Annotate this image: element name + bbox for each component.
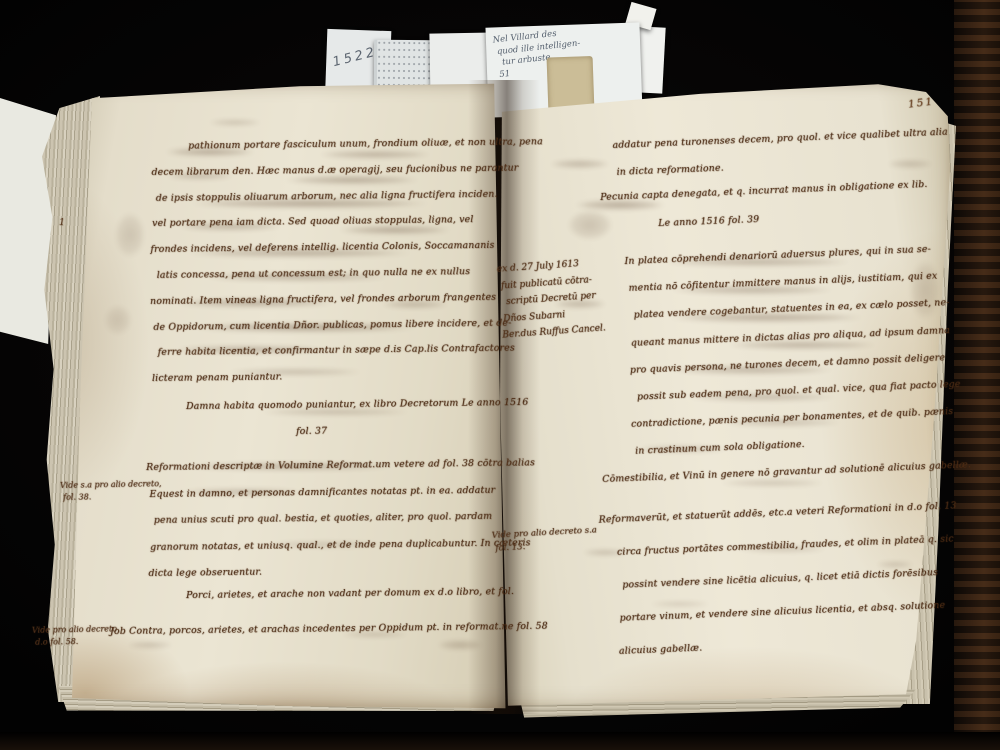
manuscript-line: pena unius scuti pro qual. bestia, et qu… — [154, 503, 536, 534]
right-paragraph-3: Reformaverūt, et statuerūt addēs, etc.a … — [612, 489, 963, 668]
right-margin-note-1: ex d. 27 July 1613fuit publicatū cōtra-s… — [496, 254, 606, 344]
ink-blot — [540, 158, 620, 170]
ink-blot — [100, 300, 136, 340]
manuscript-line: Reformationi descriptæ in Volumine Refor… — [146, 450, 535, 481]
manuscript-line: frondes incidens, vel deferens intellig.… — [150, 232, 544, 263]
manuscript-line: pathionum portare fasciculum unum, frond… — [188, 129, 543, 159]
ink-blot — [430, 638, 490, 652]
ink-blot — [120, 640, 180, 650]
left-heading-folio: fol. 37 — [296, 426, 327, 437]
left-margin-note-1: Vide s.a pro alio decreto,fol. 38. — [60, 478, 162, 503]
table-surface-bottom — [0, 732, 1000, 750]
manuscript-line: de ipsis stoppulis oliuarum arborum, nec… — [156, 181, 544, 212]
right-paragraph-2: In platea cōprehendi denariorū aduersus … — [624, 235, 963, 466]
manuscript-line: licteram penam puniantur. — [152, 361, 546, 392]
manuscript-line: fol. 38. — [63, 490, 162, 503]
manuscript-line: dicta lege obseruentur. — [148, 556, 536, 587]
manuscript-line: ferre habita licentia, et confirmantur i… — [158, 336, 546, 367]
manuscript-line: Vide pro alio decreto — [32, 623, 117, 636]
ink-blot — [110, 205, 150, 265]
left-margin-mark: 1 — [59, 218, 65, 228]
left-margin-note-2: Vide pro alio decretod.o fol. 58. — [32, 623, 117, 647]
bookmark-tab-number: 1522 — [331, 45, 378, 70]
photo-of-open-manuscript-book: 1522 Nel Villard desquod ille intelligen… — [0, 0, 1000, 750]
manuscript-line: granorum notatas, et uniusq. qual., et d… — [150, 530, 536, 561]
manuscript-line: Vide s.a pro alio decreto, — [60, 478, 162, 491]
ink-blot — [560, 205, 620, 245]
left-paragraph-1: pathionum portare fasciculum unum, frond… — [148, 129, 546, 392]
manuscript-line: d.o fol. 58. — [35, 635, 117, 648]
left-paragraph-2: Reformationi descriptæ in Volumine Refor… — [146, 450, 536, 587]
right-margin-note-2: Vide pro alio decreto s.afol. 13. — [491, 524, 597, 555]
ink-blot — [200, 118, 270, 127]
